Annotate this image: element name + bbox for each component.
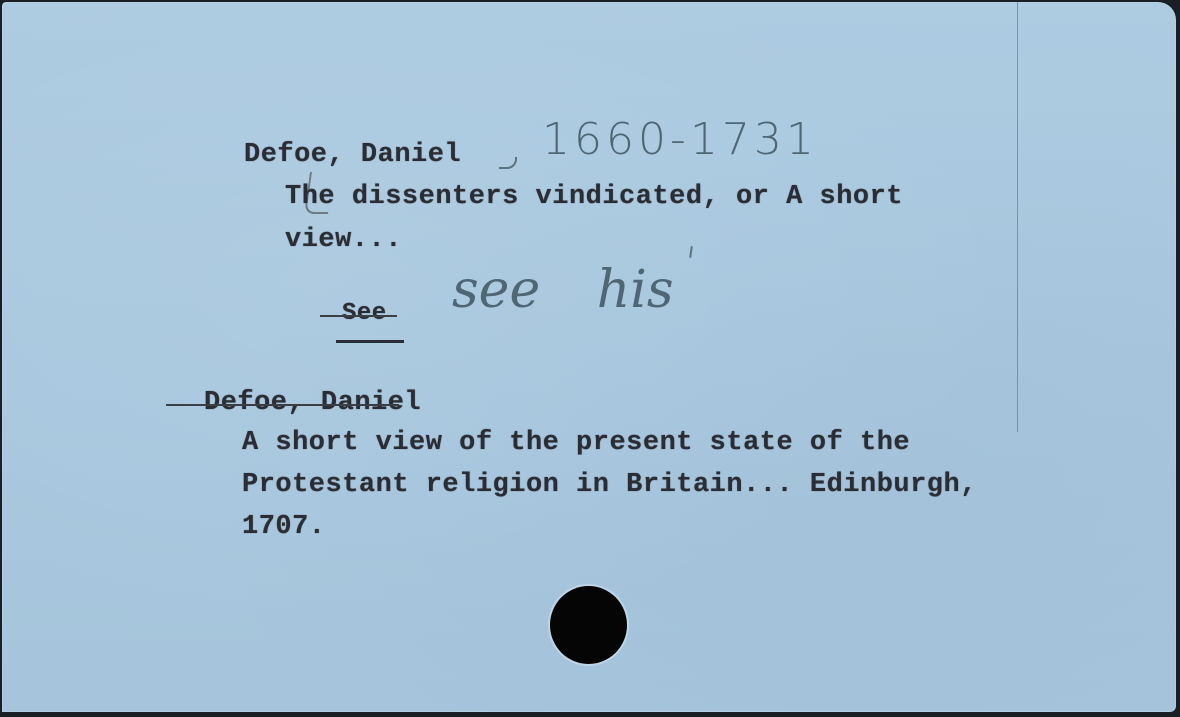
entry1-title-line2: view... bbox=[285, 227, 402, 254]
entry1-author: Defoe, Daniel bbox=[244, 142, 461, 169]
entry1-title-prefix: The bbox=[285, 182, 352, 212]
see-reference-struck: See bbox=[342, 302, 387, 326]
entry2-author-struck: Defoe, Daniel bbox=[204, 390, 421, 417]
handwritten-see-his-note: see his bbox=[452, 264, 674, 316]
entry2-title-line3: 1707. bbox=[242, 514, 326, 541]
margin-rule-line bbox=[1017, 2, 1018, 432]
catalog-card: Defoe, Daniel 1660-1731 The dissenters v… bbox=[2, 2, 1176, 712]
handwritten-apostrophe-mark bbox=[689, 246, 693, 258]
handwritten-comma-mark bbox=[499, 157, 517, 169]
entry1-title-rest: dissenters vindicated, or A short bbox=[352, 182, 903, 212]
see-typed-text: See bbox=[342, 302, 387, 326]
struck-author-text: Defoe, Daniel bbox=[204, 390, 421, 417]
punched-hole bbox=[550, 586, 627, 664]
entry2-title-line2: Protestant religion in Britain... Edinbu… bbox=[242, 472, 977, 499]
see-underline bbox=[336, 340, 404, 343]
entry2-title-line1: A short view of the present state of the bbox=[242, 430, 910, 457]
entry1-author-dates: 1660-1731 bbox=[542, 118, 818, 162]
entry1-title-line1: The dissenters vindicated, or A short bbox=[285, 184, 903, 211]
